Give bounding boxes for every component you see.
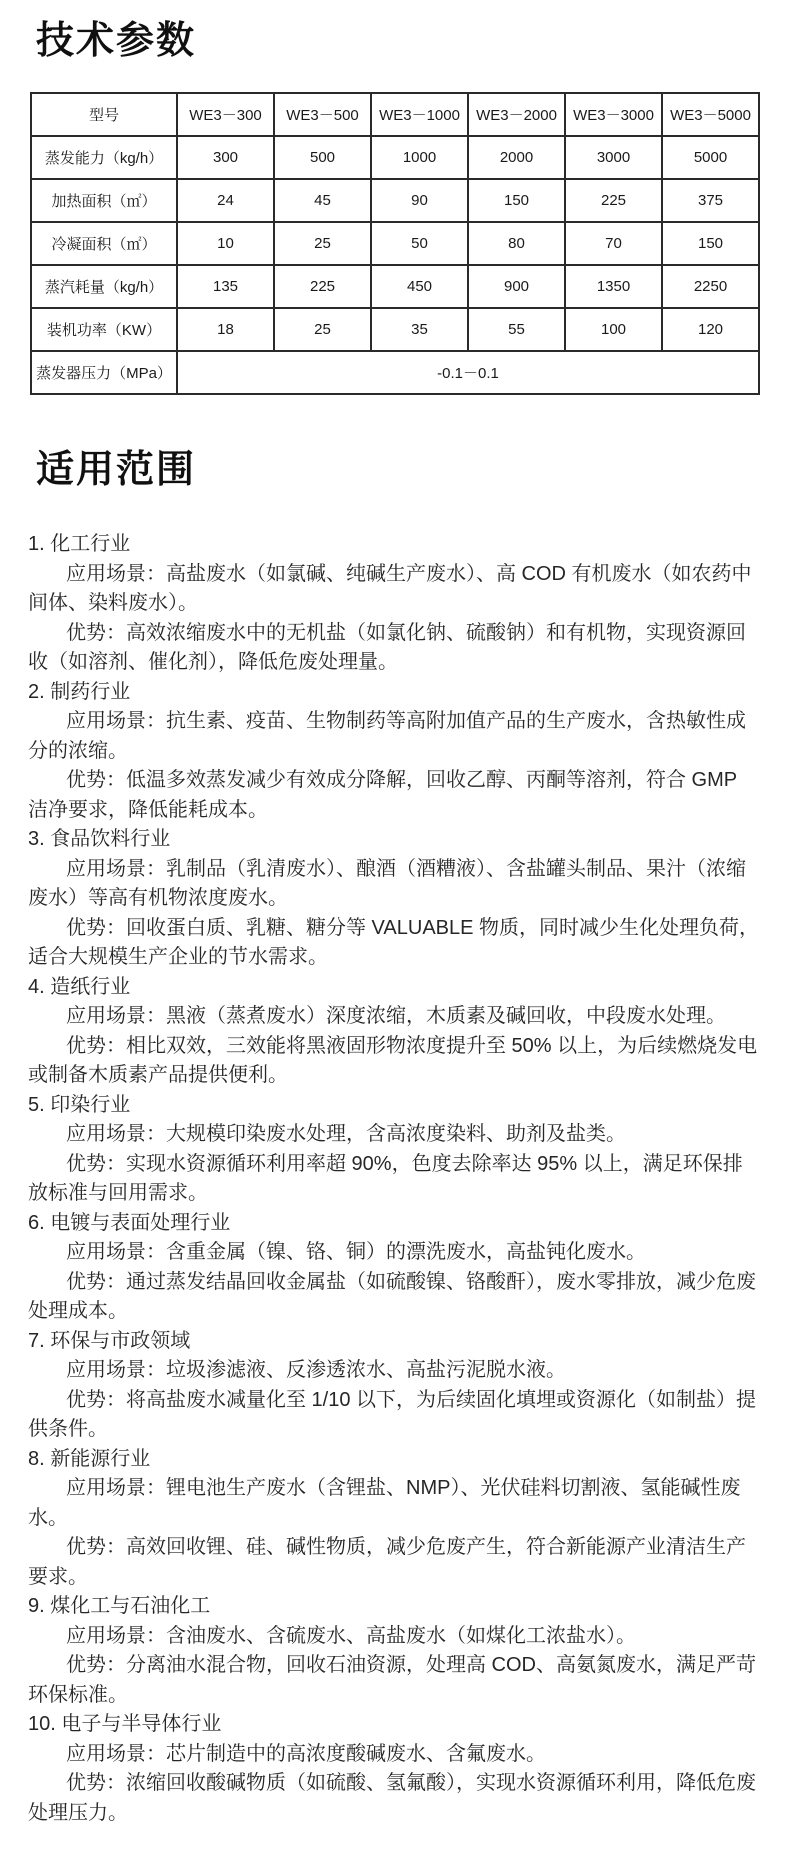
industry-scene: 应用场景：含油废水、含硫废水、高盐废水（如煤化工浓盐水）。 <box>28 1622 762 1652</box>
table-cell: 18 <box>177 308 274 351</box>
table-header-we3-1000: WE3－1000 <box>371 93 468 136</box>
industry-advantage: 优势：实现水资源循环利用率超 90%，色度去除率达 95% 以上，满足环保排放标… <box>28 1150 762 1209</box>
table-header-we3-2000: WE3－2000 <box>468 93 565 136</box>
industry-item-chemical: 1. 化工行业 应用场景：高盐废水（如氯碱、纯碱生产废水）、高 COD 有机废水… <box>28 530 762 678</box>
table-row-evaporator-pressure: 蒸发器压力（MPa） -0.1－0.1 <box>31 351 759 394</box>
industry-advantage: 优势：相比双效，三效能将黑液固形物浓度提升至 50% 以上，为后续燃烧发电或制备… <box>28 1032 762 1091</box>
table-cell: 2250 <box>662 265 759 308</box>
industry-name: 6. 电镀与表面处理行业 <box>28 1209 762 1239</box>
industry-item-food-beverage: 3. 食品饮料行业 应用场景：乳制品（乳清废水）、酿酒（酒糟液）、含盐罐头制品、… <box>28 825 762 973</box>
industry-advantage: 优势：低温多效蒸发减少有效成分降解，回收乙醇、丙酮等溶剂，符合 GMP 洁净要求… <box>28 766 762 825</box>
industry-name: 9. 煤化工与石油化工 <box>28 1592 762 1622</box>
table-cell: 135 <box>177 265 274 308</box>
scope-title: 适用范围 <box>36 447 762 495</box>
table-cell: 120 <box>662 308 759 351</box>
table-cell: 70 <box>565 222 662 265</box>
table-header-we3-5000: WE3－5000 <box>662 93 759 136</box>
table-cell: 100 <box>565 308 662 351</box>
table-cell: 45 <box>274 179 371 222</box>
table-cell: 50 <box>371 222 468 265</box>
tech-params-title: 技术参数 <box>36 18 762 66</box>
industry-item-coal-petrochemical: 9. 煤化工与石油化工 应用场景：含油废水、含硫废水、高盐废水（如煤化工浓盐水）… <box>28 1592 762 1710</box>
table-row-steam-consumption: 蒸汽耗量（kg/h） 135 225 450 900 1350 2250 <box>31 265 759 308</box>
row-label: 蒸发器压力（MPa） <box>31 351 177 394</box>
table-row-heating-area: 加热面积（㎡） 24 45 90 150 225 375 <box>31 179 759 222</box>
table-cell: 150 <box>662 222 759 265</box>
industry-item-pharma: 2. 制药行业 应用场景：抗生素、疫苗、生物制药等高附加值产品的生产废水，含热敏… <box>28 678 762 826</box>
industry-advantage: 优势：高效回收锂、硅、碱性物质，减少危废产生，符合新能源产业清洁生产要求。 <box>28 1533 762 1592</box>
document-page: 技术参数 型号 WE3－300 WE3－500 WE3－1000 WE3－200… <box>0 0 790 1858</box>
table-cell: 25 <box>274 222 371 265</box>
industry-name: 2. 制药行业 <box>28 678 762 708</box>
table-cell: 1350 <box>565 265 662 308</box>
industry-name: 4. 造纸行业 <box>28 973 762 1003</box>
industry-scene: 应用场景：芯片制造中的高浓度酸碱废水、含氟废水。 <box>28 1740 762 1770</box>
table-cell: 25 <box>274 308 371 351</box>
industry-scene: 应用场景：抗生素、疫苗、生物制药等高附加值产品的生产废水，含热敏性成分的浓缩。 <box>28 707 762 766</box>
table-cell: 300 <box>177 136 274 179</box>
table-cell: 55 <box>468 308 565 351</box>
industry-name: 3. 食品饮料行业 <box>28 825 762 855</box>
table-cell: 150 <box>468 179 565 222</box>
tech-params-table: 型号 WE3－300 WE3－500 WE3－1000 WE3－2000 WE3… <box>30 92 760 395</box>
industry-list: 1. 化工行业 应用场景：高盐废水（如氯碱、纯碱生产废水）、高 COD 有机废水… <box>28 530 762 1828</box>
row-label: 冷凝面积（㎡） <box>31 222 177 265</box>
industry-scene: 应用场景：高盐废水（如氯碱、纯碱生产废水）、高 COD 有机废水（如农药中间体、… <box>28 560 762 619</box>
industry-name: 10. 电子与半导体行业 <box>28 1710 762 1740</box>
table-cell: 5000 <box>662 136 759 179</box>
industry-scene: 应用场景：黑液（蒸煮废水）深度浓缩，木质素及碱回收，中段废水处理。 <box>28 1002 762 1032</box>
industry-scene: 应用场景：含重金属（镍、铬、铜）的漂洗废水，高盐钝化废水。 <box>28 1238 762 1268</box>
industry-scene: 应用场景：锂电池生产废水（含锂盐、NMP）、光伏硅料切割液、氢能碱性废水。 <box>28 1474 762 1533</box>
table-header-model: 型号 <box>31 93 177 136</box>
industry-advantage: 优势：通过蒸发结晶回收金属盐（如硫酸镍、铬酸酐），废水零排放，减少危废处理成本。 <box>28 1268 762 1327</box>
row-label: 加热面积（㎡） <box>31 179 177 222</box>
table-header-we3-500: WE3－500 <box>274 93 371 136</box>
industry-item-electroplating: 6. 电镀与表面处理行业 应用场景：含重金属（镍、铬、铜）的漂洗废水，高盐钝化废… <box>28 1209 762 1327</box>
table-row-evaporation-capacity: 蒸发能力（kg/h） 300 500 1000 2000 3000 5000 <box>31 136 759 179</box>
table-header-we3-3000: WE3－3000 <box>565 93 662 136</box>
industry-name: 5. 印染行业 <box>28 1091 762 1121</box>
table-header-we3-300: WE3－300 <box>177 93 274 136</box>
industry-name: 7. 环保与市政领域 <box>28 1327 762 1357</box>
table-cell: 3000 <box>565 136 662 179</box>
industry-scene: 应用场景：大规模印染废水处理，含高浓度染料、助剂及盐类。 <box>28 1120 762 1150</box>
table-cell: 225 <box>274 265 371 308</box>
table-cell: 24 <box>177 179 274 222</box>
row-label: 蒸发能力（kg/h） <box>31 136 177 179</box>
industry-advantage: 优势：分离油水混合物，回收石油资源，处理高 COD、高氨氮废水，满足严苛环保标准… <box>28 1651 762 1710</box>
industry-advantage: 优势：浓缩回收酸碱物质（如硫酸、氢氟酸），实现水资源循环利用，降低危废处理压力。 <box>28 1769 762 1828</box>
industry-advantage: 优势：高效浓缩废水中的无机盐（如氯化钠、硫酸钠）和有机物，实现资源回收（如溶剂、… <box>28 619 762 678</box>
table-cell: 500 <box>274 136 371 179</box>
industry-name: 8. 新能源行业 <box>28 1445 762 1475</box>
table-cell-merged: -0.1－0.1 <box>177 351 759 394</box>
table-header-row: 型号 WE3－300 WE3－500 WE3－1000 WE3－2000 WE3… <box>31 93 759 136</box>
table-row-installed-power: 装机功率（KW） 18 25 35 55 100 120 <box>31 308 759 351</box>
table-cell: 1000 <box>371 136 468 179</box>
table-cell: 900 <box>468 265 565 308</box>
industry-advantage: 优势：将高盐废水减量化至 1/10 以下，为后续固化填埋或资源化（如制盐）提供条… <box>28 1386 762 1445</box>
table-cell: 225 <box>565 179 662 222</box>
table-row-condensing-area: 冷凝面积（㎡） 10 25 50 80 70 150 <box>31 222 759 265</box>
industry-name: 1. 化工行业 <box>28 530 762 560</box>
industry-advantage: 优势：回收蛋白质、乳糖、糖分等 VALUABLE 物质，同时减少生化处理负荷，适… <box>28 914 762 973</box>
table-cell: 375 <box>662 179 759 222</box>
industry-item-dyeing: 5. 印染行业 应用场景：大规模印染废水处理，含高浓度染料、助剂及盐类。 优势：… <box>28 1091 762 1209</box>
industry-item-papermaking: 4. 造纸行业 应用场景：黑液（蒸煮废水）深度浓缩，木质素及碱回收，中段废水处理… <box>28 973 762 1091</box>
table-cell: 90 <box>371 179 468 222</box>
table-cell: 35 <box>371 308 468 351</box>
industry-item-electronics-semiconductor: 10. 电子与半导体行业 应用场景：芯片制造中的高浓度酸碱废水、含氟废水。 优势… <box>28 1710 762 1828</box>
row-label: 装机功率（KW） <box>31 308 177 351</box>
industry-scene: 应用场景：垃圾渗滤液、反渗透浓水、高盐污泥脱水液。 <box>28 1356 762 1386</box>
industry-item-new-energy: 8. 新能源行业 应用场景：锂电池生产废水（含锂盐、NMP）、光伏硅料切割液、氢… <box>28 1445 762 1593</box>
industry-item-environmental-municipal: 7. 环保与市政领域 应用场景：垃圾渗滤液、反渗透浓水、高盐污泥脱水液。 优势：… <box>28 1327 762 1445</box>
table-cell: 80 <box>468 222 565 265</box>
table-cell: 10 <box>177 222 274 265</box>
table-cell: 2000 <box>468 136 565 179</box>
table-cell: 450 <box>371 265 468 308</box>
row-label: 蒸汽耗量（kg/h） <box>31 265 177 308</box>
industry-scene: 应用场景：乳制品（乳清废水）、酿酒（酒糟液）、含盐罐头制品、果汁（浓缩废水）等高… <box>28 855 762 914</box>
